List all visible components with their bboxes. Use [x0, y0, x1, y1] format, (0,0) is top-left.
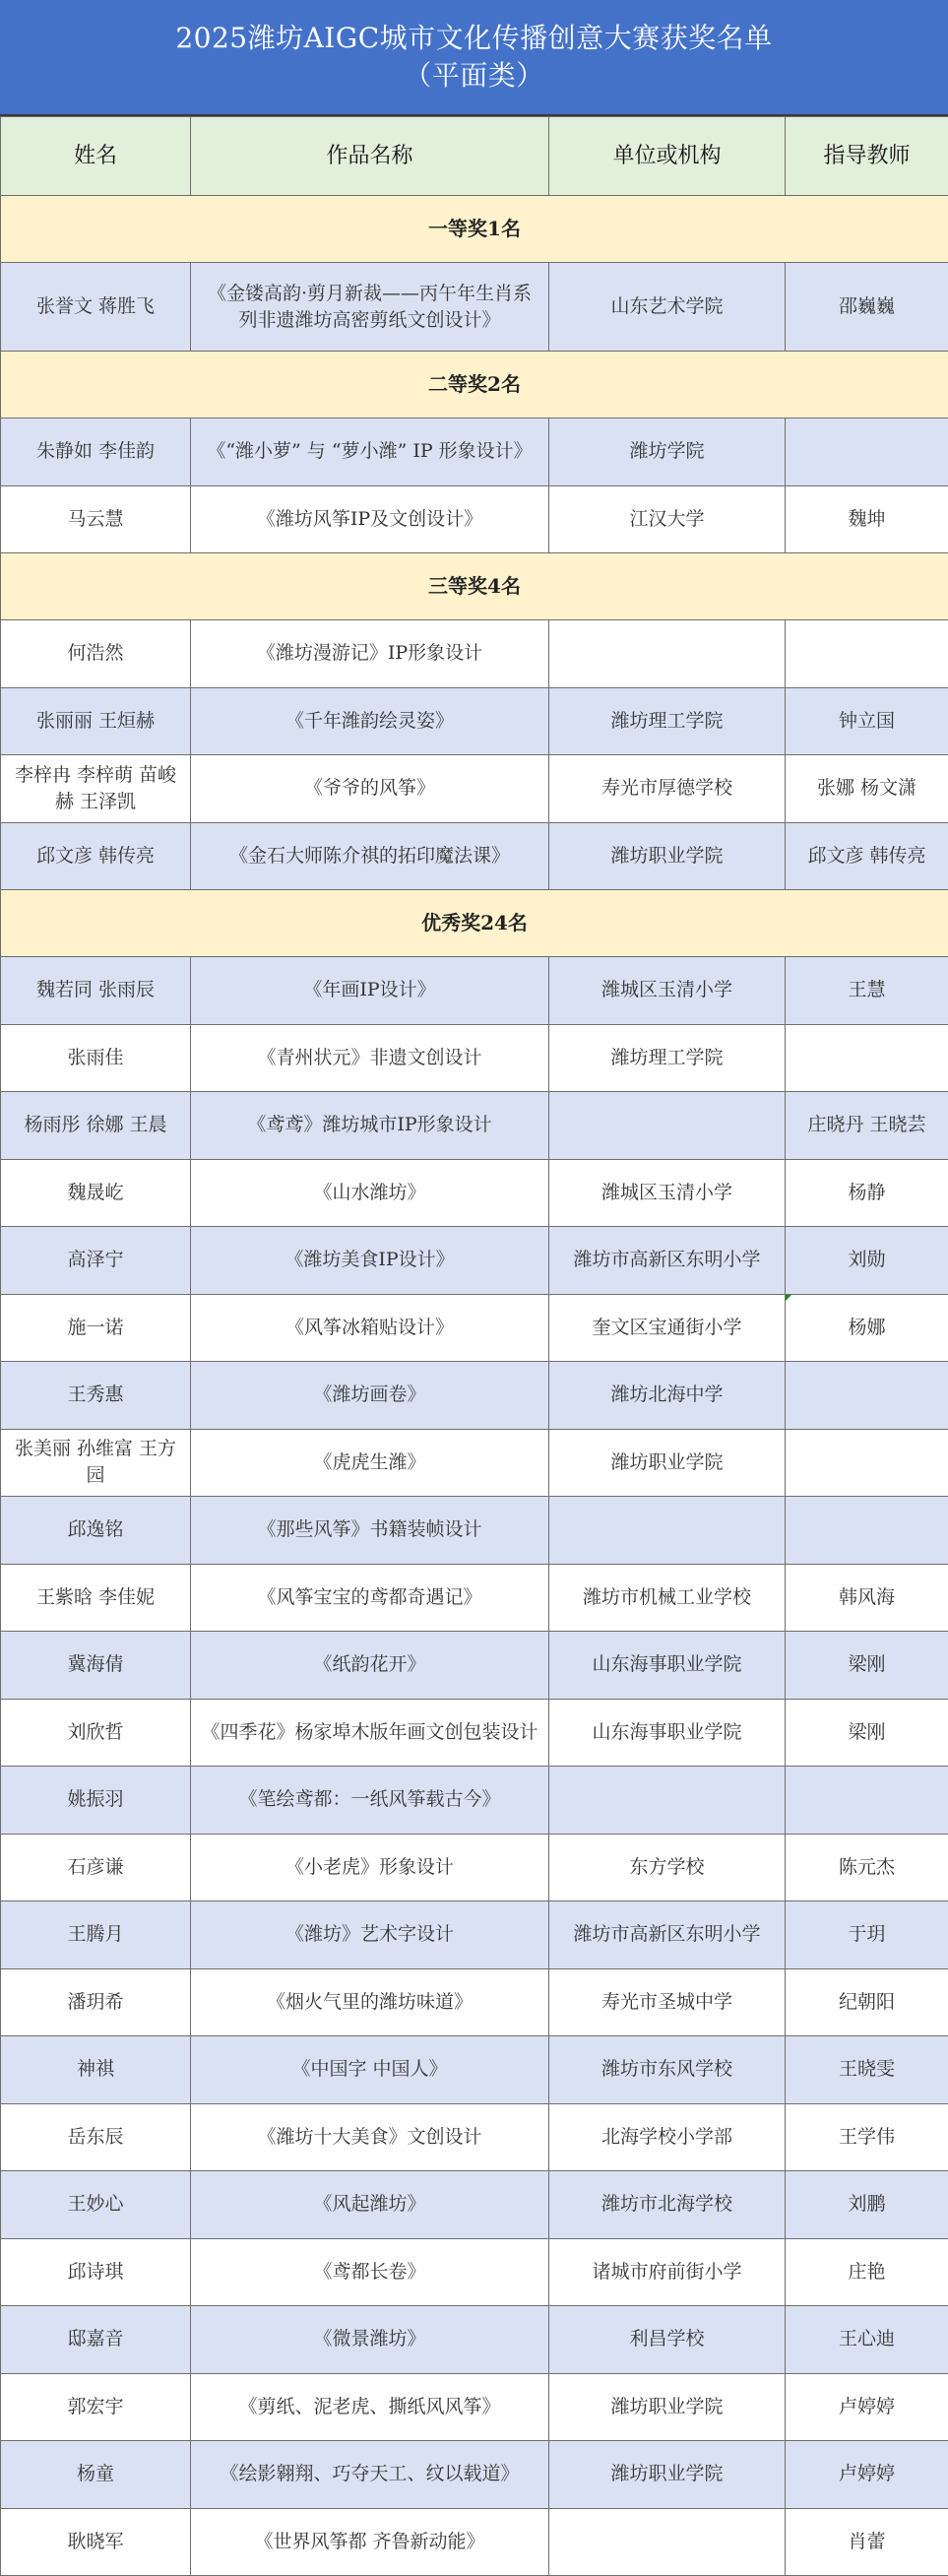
- name-cell: 朱静如 李佳韵: [1, 419, 191, 486]
- work-title-cell: 《中国字 中国人》: [191, 2036, 549, 2104]
- work-title-cell: 《潍坊》艺术字设计: [191, 1901, 549, 1969]
- work-title-cell: 《金石大师陈介祺的拓印魔法课》: [191, 822, 549, 890]
- organization-cell: [549, 1497, 786, 1565]
- header-teacher: 指导教师: [786, 117, 948, 196]
- teacher-cell: 王晓雯: [786, 2036, 948, 2104]
- table-row: 郭宏宇《剪纸、泥老虎、撕纸风风筝》潍坊职业学院卢婷婷: [1, 2373, 948, 2441]
- teacher-cell: [786, 1429, 948, 1497]
- name-cell: 姚振羽: [1, 1767, 191, 1835]
- organization-cell: 潍坊市北海学校: [549, 2171, 786, 2239]
- name-cell: 王秀惠: [1, 1362, 191, 1430]
- name-cell: 石彦谦: [1, 1834, 191, 1901]
- teacher-cell: 纪朝阳: [786, 1968, 948, 2036]
- organization-cell: 潍坊市机械工业学校: [549, 1564, 786, 1632]
- table-row: 邱文彦 韩传亮《金石大师陈介祺的拓印魔法课》潍坊职业学院邱文彦 韩传亮: [1, 822, 948, 890]
- organization-cell: 寿光市厚德学校: [549, 755, 786, 823]
- section-row: 一等奖1名: [1, 196, 948, 263]
- table-row: 王紫晗 李佳妮《风筝宝宝的鸢都奇遇记》潍坊市机械工业学校韩风海: [1, 1564, 948, 1632]
- organization-cell: 东方学校: [549, 1834, 786, 1901]
- section-row: 二等奖2名: [1, 352, 948, 419]
- organization-cell: 山东海事职业学院: [549, 1632, 786, 1700]
- work-title-cell: 《山水潍坊》: [191, 1159, 549, 1227]
- table-row: 姚振羽《笔绘鸢都：一纸风筝载古今》: [1, 1767, 948, 1835]
- teacher-cell: [786, 1767, 948, 1835]
- work-title-cell: 《鸢鸢》潍坊城市IP形象设计: [191, 1092, 549, 1160]
- teacher-cell: 庄艳: [786, 2238, 948, 2306]
- name-cell: 王紫晗 李佳妮: [1, 1564, 191, 1632]
- teacher-cell: 陈元杰: [786, 1834, 948, 1901]
- name-cell: 李梓冉 李梓萌 苗峻赫 王泽凯: [1, 755, 191, 823]
- organization-cell: 潍坊市高新区东明小学: [549, 1227, 786, 1295]
- page-subtitle: （平面类）: [404, 57, 544, 95]
- work-title-cell: 《潍坊风筝IP及文创设计》: [191, 485, 549, 553]
- teacher-cell: 卢婷婷: [786, 2441, 948, 2509]
- organization-cell: 潍坊市东风学校: [549, 2036, 786, 2104]
- teacher-cell: [786, 1497, 948, 1565]
- title-banner: 2025潍坊AIGC城市文化传播创意大赛获奖名单 （平面类）: [0, 0, 948, 116]
- teacher-cell: 王学伟: [786, 2103, 948, 2171]
- teacher-cell: 梁刚: [786, 1699, 948, 1767]
- name-cell: 邱诗琪: [1, 2238, 191, 2306]
- teacher-cell: [786, 1362, 948, 1430]
- table-row: 王腾月《潍坊》艺术字设计潍坊市高新区东明小学于玥: [1, 1901, 948, 1969]
- teacher-cell: 于玥: [786, 1901, 948, 1969]
- organization-cell: 潍坊市高新区东明小学: [549, 1901, 786, 1969]
- work-title-cell: 《微景潍坊》: [191, 2306, 549, 2374]
- organization-cell: 潍城区玉清小学: [549, 1159, 786, 1227]
- table-row: 高泽宁《潍坊美食IP设计》潍坊市高新区东明小学刘勋: [1, 1227, 948, 1295]
- name-cell: 杨雨彤 徐娜 王晨: [1, 1092, 191, 1160]
- work-title-cell: 《风筝宝宝的鸢都奇遇记》: [191, 1564, 549, 1632]
- header-org: 单位或机构: [549, 117, 786, 196]
- table-row: 施一诺《风筝冰箱贴设计》奎文区宝通街小学杨娜: [1, 1294, 948, 1362]
- work-title-cell: 《青州状元》非遗文创设计: [191, 1024, 549, 1092]
- table-row: 张雨佳《青州状元》非遗文创设计潍坊理工学院: [1, 1024, 948, 1092]
- page-title: 2025潍坊AIGC城市文化传播创意大赛获奖名单: [175, 20, 772, 57]
- table-row: 冀海倩《纸韵花开》山东海事职业学院梁刚: [1, 1632, 948, 1700]
- teacher-cell: 邱文彦 韩传亮: [786, 822, 948, 890]
- name-cell: 冀海倩: [1, 1632, 191, 1700]
- teacher-cell: [786, 1024, 948, 1092]
- organization-cell: 潍坊职业学院: [549, 2441, 786, 2509]
- teacher-cell: [786, 419, 948, 486]
- name-cell: 施一诺: [1, 1294, 191, 1362]
- organization-cell: 潍坊学院: [549, 419, 786, 486]
- organization-cell: [549, 620, 786, 688]
- organization-cell: 江汉大学: [549, 485, 786, 553]
- table-row: 石彦谦《小老虎》形象设计东方学校陈元杰: [1, 1834, 948, 1901]
- organization-cell: 山东海事职业学院: [549, 1699, 786, 1767]
- work-title-cell: 《潍坊美食IP设计》: [191, 1227, 549, 1295]
- table-row: 张丽丽 王烜赫《千年潍韵绘灵姿》潍坊理工学院钟立国: [1, 687, 948, 755]
- table-row: 杨雨彤 徐娜 王晨《鸢鸢》潍坊城市IP形象设计庄晓丹 王晓芸: [1, 1092, 948, 1160]
- work-title-cell: 《鸢都长卷》: [191, 2238, 549, 2306]
- award-list-page: 2025潍坊AIGC城市文化传播创意大赛获奖名单 （平面类） 姓名 作品名称 单…: [0, 0, 948, 2576]
- comment-marker-icon: [786, 1295, 791, 1301]
- table-row: 神祺《中国字 中国人》潍坊市东风学校王晓雯: [1, 2036, 948, 2104]
- organization-cell: [549, 1092, 786, 1160]
- table-row: 何浩然《潍坊漫游记》IP形象设计: [1, 620, 948, 688]
- name-cell: 张美丽 孙维富 王方园: [1, 1429, 191, 1497]
- teacher-cell: 王慧: [786, 957, 948, 1025]
- table-row: 潘玥希《烟火气里的潍坊味道》寿光市圣城中学纪朝阳: [1, 1968, 948, 2036]
- work-title-cell: 《爷爷的风筝》: [191, 755, 549, 823]
- teacher-cell: 刘勋: [786, 1227, 948, 1295]
- organization-cell: 寿光市圣城中学: [549, 1968, 786, 2036]
- name-cell: 邱逸铭: [1, 1497, 191, 1565]
- name-cell: 刘欣哲: [1, 1699, 191, 1767]
- name-cell: 邸嘉音: [1, 2306, 191, 2374]
- organization-cell: 潍坊职业学院: [549, 822, 786, 890]
- section-label: 优秀奖24名: [1, 890, 948, 957]
- work-title-cell: 《虎虎生潍》: [191, 1429, 549, 1497]
- teacher-cell: 梁刚: [786, 1632, 948, 1700]
- table-row: 杨童《绘影翱翔、巧夺天工、纹以载道》潍坊职业学院卢婷婷: [1, 2441, 948, 2509]
- work-title-cell: 《“潍小萝” 与 “萝小潍” IP 形象设计》: [191, 419, 549, 486]
- teacher-cell: 杨娜: [786, 1294, 948, 1362]
- work-title-cell: 《潍坊画卷》: [191, 1362, 549, 1430]
- table-row: 耿晓军《世界风筝都 齐鲁新动能》肖蕾: [1, 2508, 948, 2576]
- work-title-cell: 《烟火气里的潍坊味道》: [191, 1968, 549, 2036]
- work-title-cell: 《年画IP设计》: [191, 957, 549, 1025]
- teacher-cell: 王心迪: [786, 2306, 948, 2374]
- table-row: 邱诗琪《鸢都长卷》诸城市府前街小学庄艳: [1, 2238, 948, 2306]
- table-body: 一等奖1名张誉文 蒋胜飞《金镂高韵·剪月新裁——丙午年生肖系列非遗潍坊高密剪纸文…: [1, 196, 948, 2576]
- section-label: 一等奖1名: [1, 196, 948, 263]
- name-cell: 郭宏宇: [1, 2373, 191, 2441]
- award-table: 姓名 作品名称 单位或机构 指导教师 一等奖1名张誉文 蒋胜飞《金镂高韵·剪月新…: [0, 116, 948, 2576]
- work-title-cell: 《潍坊漫游记》IP形象设计: [191, 620, 549, 688]
- name-cell: 王妙心: [1, 2171, 191, 2239]
- organization-cell: [549, 2508, 786, 2576]
- section-label: 三等奖4名: [1, 553, 948, 620]
- teacher-cell: 刘鹏: [786, 2171, 948, 2239]
- organization-cell: 潍坊职业学院: [549, 2373, 786, 2441]
- section-row: 三等奖4名: [1, 553, 948, 620]
- teacher-cell: 庄晓丹 王晓芸: [786, 1092, 948, 1160]
- table-row: 邸嘉音《微景潍坊》利昌学校王心迪: [1, 2306, 948, 2374]
- organization-cell: 诸城市府前街小学: [549, 2238, 786, 2306]
- teacher-cell: 杨静: [786, 1159, 948, 1227]
- teacher-cell: 卢婷婷: [786, 2373, 948, 2441]
- section-row: 优秀奖24名: [1, 890, 948, 957]
- name-cell: 岳东辰: [1, 2103, 191, 2171]
- work-title-cell: 《世界风筝都 齐鲁新动能》: [191, 2508, 549, 2576]
- work-title-cell: 《金镂高韵·剪月新裁——丙午年生肖系列非遗潍坊高密剪纸文创设计》: [191, 263, 549, 352]
- work-title-cell: 《笔绘鸢都：一纸风筝载古今》: [191, 1767, 549, 1835]
- name-cell: 马云慧: [1, 485, 191, 553]
- name-cell: 张誉文 蒋胜飞: [1, 263, 191, 352]
- organization-cell: 北海学校小学部: [549, 2103, 786, 2171]
- work-title-cell: 《风起潍坊》: [191, 2171, 549, 2239]
- table-row: 张美丽 孙维富 王方园《虎虎生潍》潍坊职业学院: [1, 1429, 948, 1497]
- work-title-cell: 《潍坊十大美食》文创设计: [191, 2103, 549, 2171]
- organization-cell: 潍坊北海中学: [549, 1362, 786, 1430]
- organization-cell: [549, 1767, 786, 1835]
- name-cell: 邱文彦 韩传亮: [1, 822, 191, 890]
- teacher-cell: 韩风海: [786, 1564, 948, 1632]
- teacher-cell: 邵巍巍: [786, 263, 948, 352]
- name-cell: 高泽宁: [1, 1227, 191, 1295]
- teacher-cell: 钟立国: [786, 687, 948, 755]
- work-title-cell: 《纸韵花开》: [191, 1632, 549, 1700]
- work-title-cell: 《四季花》杨家埠木版年画文创包装设计: [191, 1699, 549, 1767]
- table-row: 岳东辰《潍坊十大美食》文创设计北海学校小学部王学伟: [1, 2103, 948, 2171]
- header-name: 姓名: [1, 117, 191, 196]
- work-title-cell: 《剪纸、泥老虎、撕纸风风筝》: [191, 2373, 549, 2441]
- name-cell: 魏晟屹: [1, 1159, 191, 1227]
- name-cell: 潘玥希: [1, 1968, 191, 2036]
- work-title-cell: 《那些风筝》书籍装帧设计: [191, 1497, 549, 1565]
- section-label: 二等奖2名: [1, 352, 948, 419]
- teacher-cell: [786, 620, 948, 688]
- teacher-cell: 肖蕾: [786, 2508, 948, 2576]
- teacher-cell: 张娜 杨文潇: [786, 755, 948, 823]
- organization-cell: 潍坊理工学院: [549, 687, 786, 755]
- name-cell: 张丽丽 王烜赫: [1, 687, 191, 755]
- table-row: 魏若同 张雨辰《年画IP设计》潍城区玉清小学王慧: [1, 957, 948, 1025]
- table-row: 李梓冉 李梓萌 苗峻赫 王泽凯《爷爷的风筝》寿光市厚德学校张娜 杨文潇: [1, 755, 948, 823]
- organization-cell: 潍坊职业学院: [549, 1429, 786, 1497]
- organization-cell: 奎文区宝通街小学: [549, 1294, 786, 1362]
- header-work: 作品名称: [191, 117, 549, 196]
- work-title-cell: 《小老虎》形象设计: [191, 1834, 549, 1901]
- name-cell: 杨童: [1, 2441, 191, 2509]
- work-title-cell: 《风筝冰箱贴设计》: [191, 1294, 549, 1362]
- table-row: 张誉文 蒋胜飞《金镂高韵·剪月新裁——丙午年生肖系列非遗潍坊高密剪纸文创设计》山…: [1, 263, 948, 352]
- table-row: 王妙心《风起潍坊》潍坊市北海学校刘鹏: [1, 2171, 948, 2239]
- name-cell: 张雨佳: [1, 1024, 191, 1092]
- organization-cell: 利昌学校: [549, 2306, 786, 2374]
- table-row: 刘欣哲《四季花》杨家埠木版年画文创包装设计山东海事职业学院梁刚: [1, 1699, 948, 1767]
- table-row: 邱逸铭《那些风筝》书籍装帧设计: [1, 1497, 948, 1565]
- table-row: 朱静如 李佳韵《“潍小萝” 与 “萝小潍” IP 形象设计》潍坊学院: [1, 419, 948, 486]
- organization-cell: 潍坊理工学院: [549, 1024, 786, 1092]
- name-cell: 何浩然: [1, 620, 191, 688]
- work-title-cell: 《千年潍韵绘灵姿》: [191, 687, 549, 755]
- name-cell: 耿晓军: [1, 2508, 191, 2576]
- name-cell: 魏若同 张雨辰: [1, 957, 191, 1025]
- organization-cell: 潍城区玉清小学: [549, 957, 786, 1025]
- name-cell: 神祺: [1, 2036, 191, 2104]
- organization-cell: 山东艺术学院: [549, 263, 786, 352]
- table-row: 魏晟屹《山水潍坊》潍城区玉清小学杨静: [1, 1159, 948, 1227]
- name-cell: 王腾月: [1, 1901, 191, 1969]
- teacher-cell: 魏坤: [786, 485, 948, 553]
- work-title-cell: 《绘影翱翔、巧夺天工、纹以载道》: [191, 2441, 549, 2509]
- table-header-row: 姓名 作品名称 单位或机构 指导教师: [1, 117, 948, 196]
- table-row: 马云慧《潍坊风筝IP及文创设计》江汉大学魏坤: [1, 485, 948, 553]
- table-row: 王秀惠《潍坊画卷》潍坊北海中学: [1, 1362, 948, 1430]
